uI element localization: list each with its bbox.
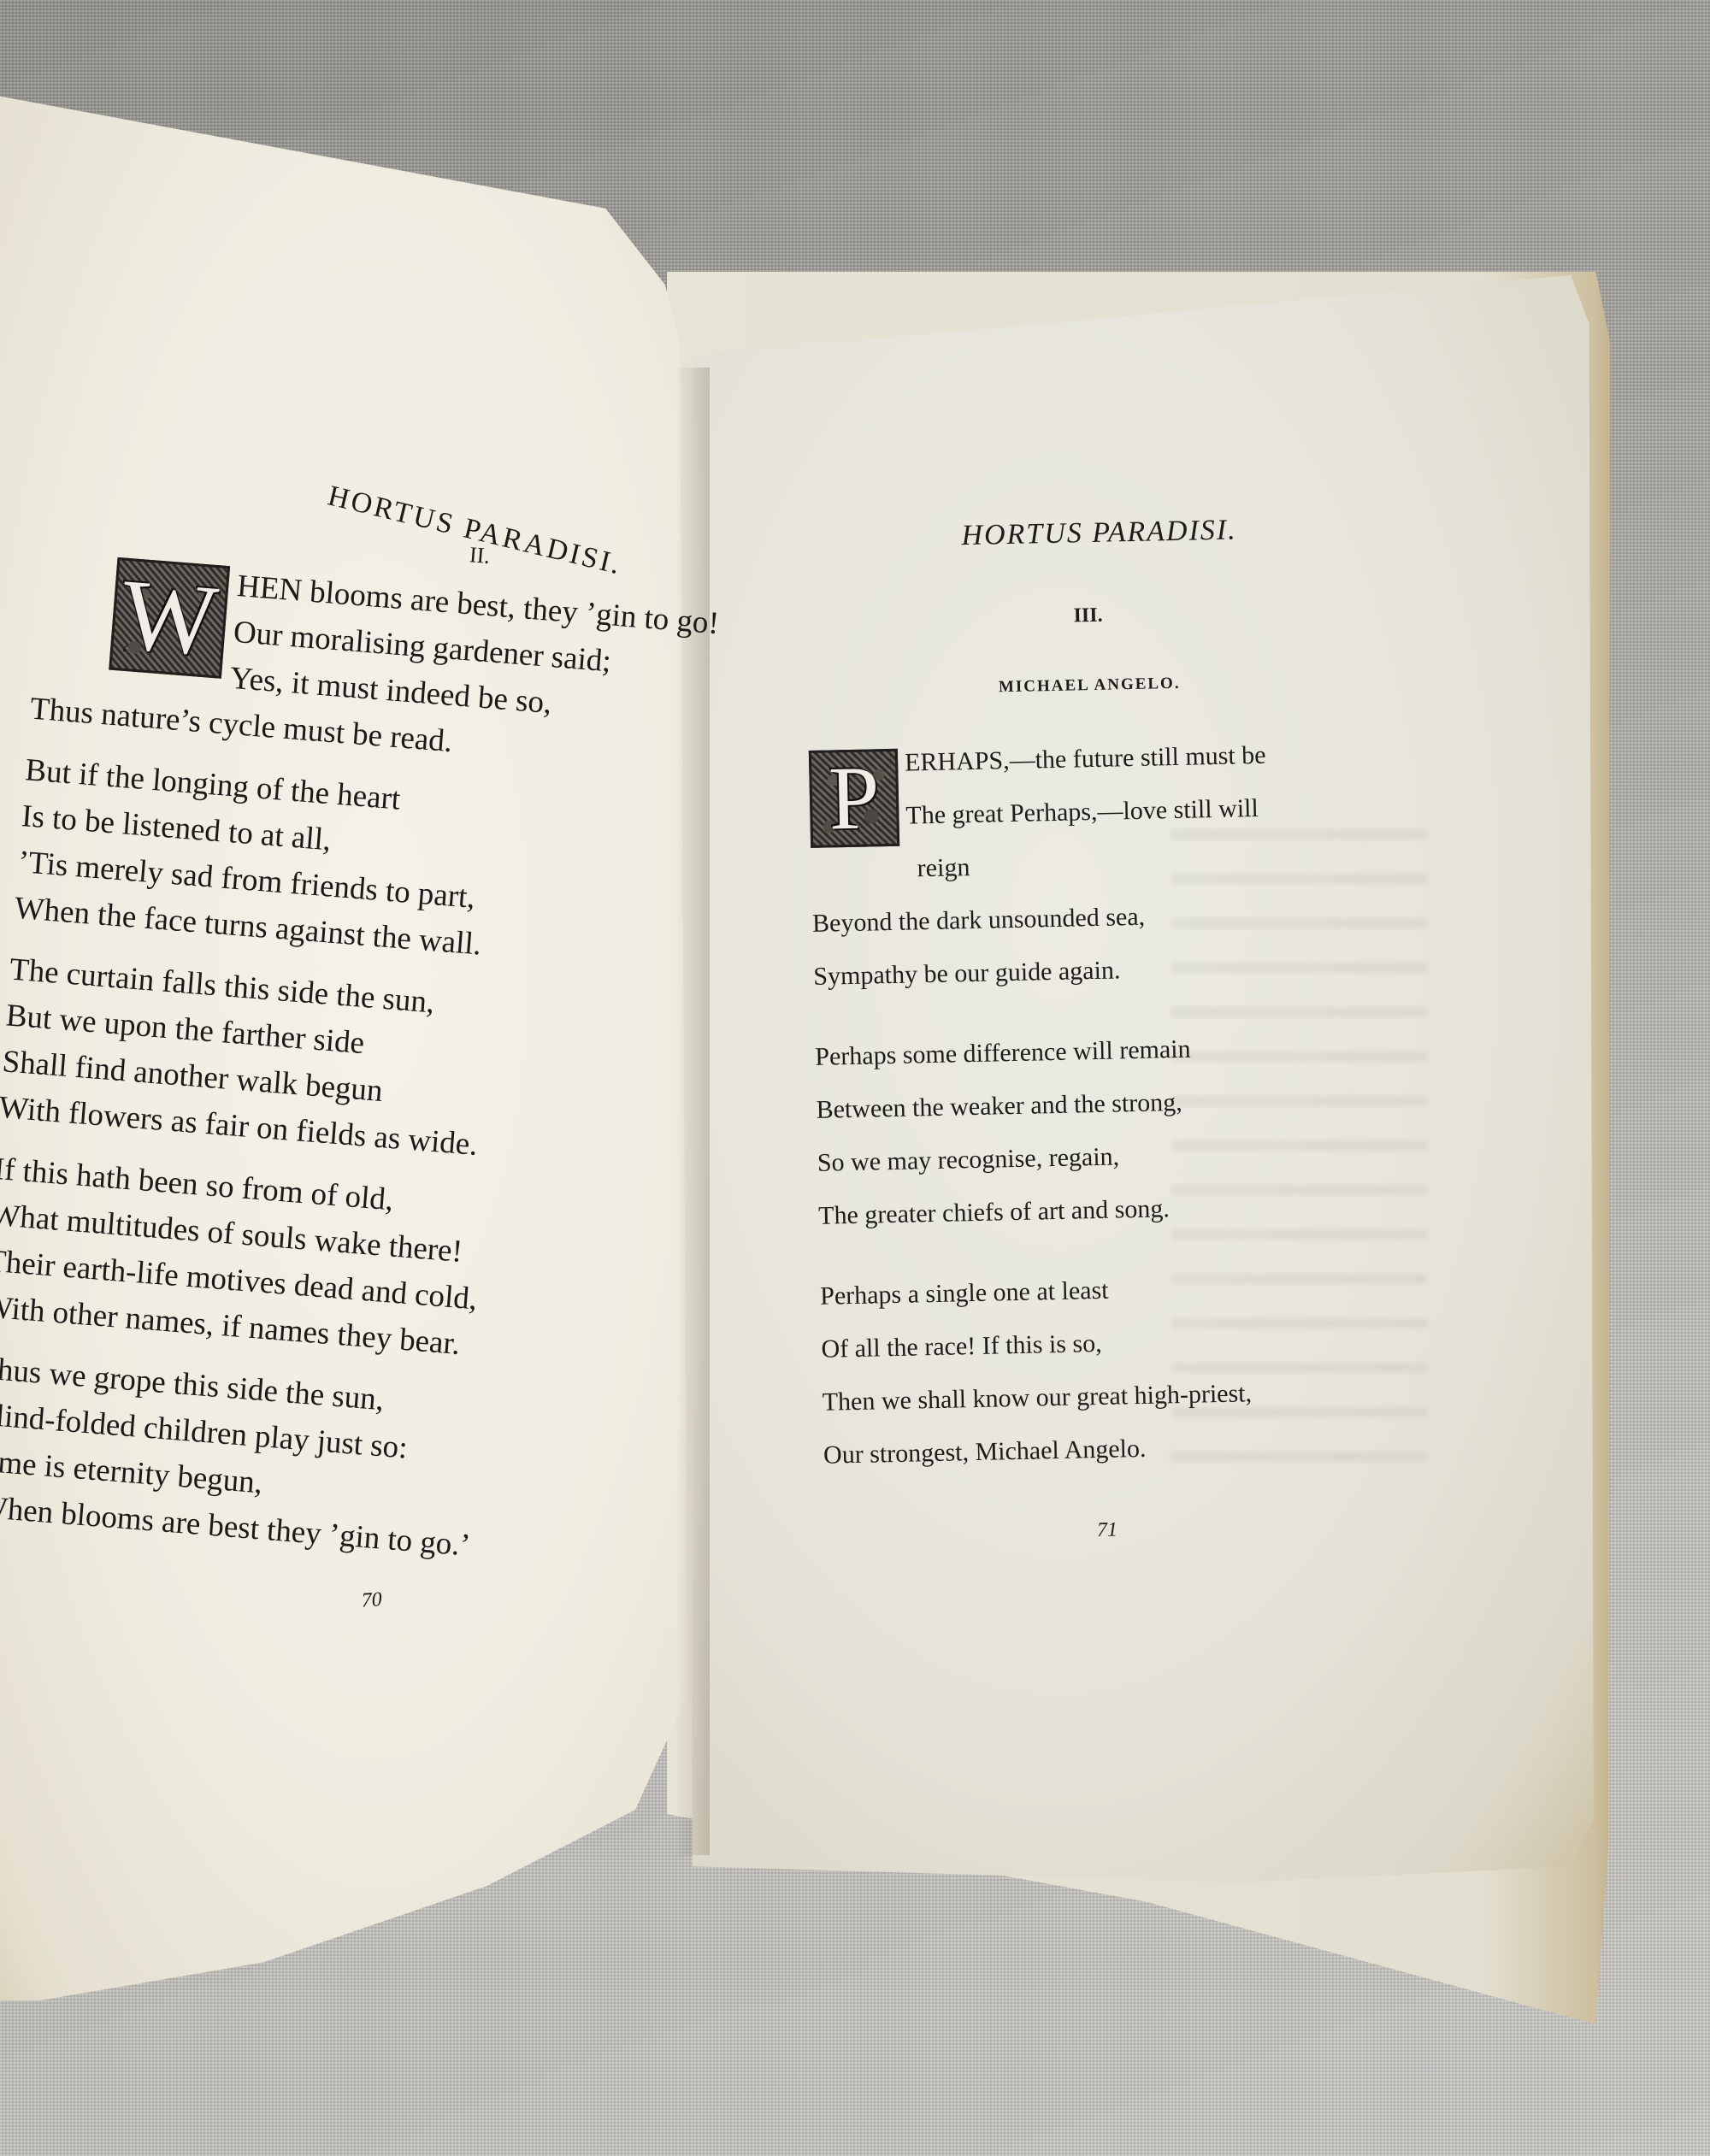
stanza: Thus we grope this side the sun, Blind-f… (0, 1346, 653, 1582)
section-number-right: III. (805, 583, 1371, 648)
poem-line: The greater chiefs of art and song. (818, 1178, 1383, 1243)
stanza: Perhaps a single one at least Of all the… (820, 1258, 1389, 1482)
running-head-right: HORTUS PARADISI. (829, 501, 1369, 565)
stanza: If this hath been so from of old, What m… (0, 1146, 669, 1383)
left-page-text: HORTUS PARADISI. II. ‘ W HEN blooms are … (55, 445, 725, 1644)
stanza: The curtain falls this side the sun, But… (0, 947, 685, 1184)
poem-line: Our strongest, Michael Angelo. (823, 1417, 1388, 1482)
stanza: Perhaps some difference will remain Betw… (815, 1019, 1383, 1243)
stanza: P ERHAPS,—the future still must be The g… (809, 727, 1378, 1004)
right-page-text: HORTUS PARADISI. III. MICHAEL ANGELO. P … (804, 501, 1390, 1563)
poem-title: MICHAEL ANGELO. (807, 653, 1372, 718)
poem-line: Sympathy be our guide again. (813, 939, 1378, 1004)
illuminated-drop-cap-p: P (809, 749, 899, 848)
stanza: But if the longing of the heart Is to be… (13, 747, 701, 984)
